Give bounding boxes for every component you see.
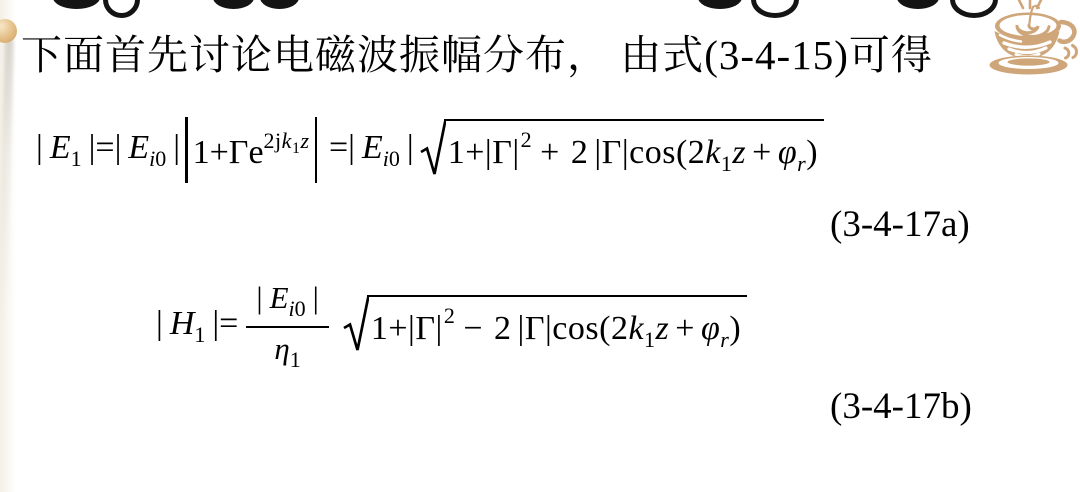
radical-sign (343, 295, 369, 355)
eq1-mid: =|Ei0| (322, 129, 414, 172)
fraction-denominator: η1 (274, 328, 300, 373)
eq1-inner-expression: 1+Γe2jk1z (193, 128, 310, 172)
equation-number-3-4-17a: (3-4-17a) (830, 203, 970, 246)
square-root: 1+|Γ|2+ 2|Γ|cos(2k1z+φr) (420, 119, 824, 181)
eq1-exponent: 2jk1z (264, 128, 310, 153)
top-edge-glyph (260, 0, 299, 9)
equation-E1-amplitude: |E1|=|Ei0| 1+Γe2jk1z =|Ei0| 1+|Γ|2+ 2|Γ|… (36, 106, 824, 194)
eq1-radicand: 1+|Γ|2+ 2|Γ|cos(2k1z+φr) (444, 119, 824, 181)
square-root: 1+|Γ|2− 2|Γ|cos(2k1z+φr) (343, 295, 747, 357)
equation-number-3-4-17b: (3-4-17b) (830, 385, 972, 428)
tall-abs-bar (315, 117, 318, 183)
fraction: |Ei0| η1 (246, 280, 329, 373)
top-edge-glyph (53, 0, 100, 9)
equation-H1-amplitude: |H1|= |Ei0| η1 1+|Γ|2− 2|Γ|cos(2k1z+φr) (156, 274, 747, 378)
fraction-numerator: |Ei0| (246, 280, 329, 328)
top-edge-glyph (897, 0, 939, 9)
slide-title: 下面首先讨论电磁波振幅分布， 由式(3-4-15)可得 (21, 22, 933, 81)
top-edge-glyph (213, 0, 254, 9)
tall-abs-bar (185, 117, 188, 183)
top-edge-glyph (751, 0, 799, 18)
slide-canvas: 下面首先讨论电磁波振幅分布， 由式(3-4-15)可得 |E1|=|Ei0| 1… (0, 0, 1080, 492)
radical-sign (420, 119, 446, 179)
coffee-cup-icon (983, 0, 1080, 80)
eq2-radicand: 1+|Γ|2− 2|Γ|cos(2k1z+φr) (367, 295, 747, 357)
eq2-lhs: |H1|= (156, 305, 238, 348)
eq1-lhs: |E1|=|Ei0| (36, 129, 180, 172)
top-edge-glyph (698, 0, 742, 9)
top-edge-glyph (103, 0, 140, 18)
